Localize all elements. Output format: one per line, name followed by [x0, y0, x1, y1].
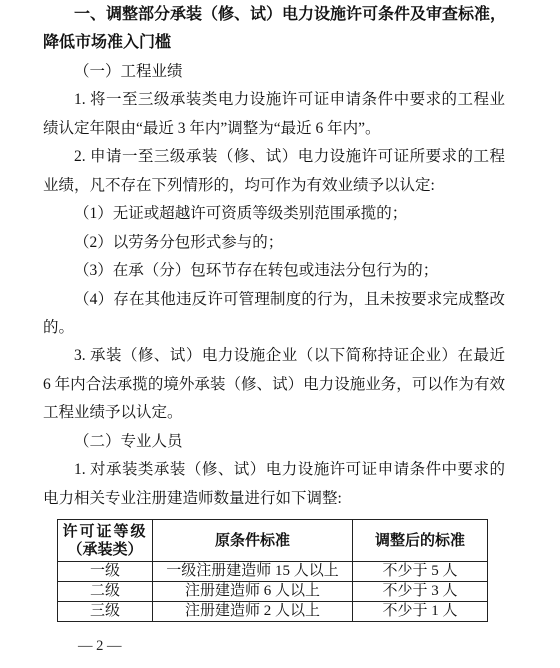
section-1-para-1-line-2: 绩认定年限由“最近 3 年内”调整为“最近 6 年内”。	[43, 115, 505, 143]
grade-cell: 二级	[58, 582, 153, 602]
section-1-list-item-2: （2）以劳务分包形式参与的；	[43, 229, 505, 257]
grade-cell: 一级	[58, 562, 153, 582]
table-header-license-grade-line-2: （承装类）	[58, 541, 152, 559]
table-header-original-standard: 原条件标准	[153, 520, 353, 562]
section-2-para-1-line-1: 1. 对承装类承装（修、试）电力设施许可证申请条件中要求的	[43, 456, 505, 484]
adjusted-standard-cell: 不少于 1 人	[353, 602, 488, 622]
section-1-list-item-3: （3）在承（分）包环节存在转包或违法分包行为的；	[43, 257, 505, 285]
document-title-line-1: 一、调整部分承装（修、试）电力设施许可条件及审查标准，	[43, 1, 505, 29]
table-header-adjusted-standard: 调整后的标准	[353, 520, 488, 562]
section-1-heading: （一）工程业绩	[43, 58, 505, 86]
section-1-para-1-line-1: 1. 将一至三级承装类电力设施许可证申请条件中要求的工程业	[43, 86, 505, 114]
table-header-row: 许可证等级 （承装类） 原条件标准 调整后的标准	[58, 520, 488, 562]
section-1-list-item-1: （1）无证或超越许可资质等级类别范围承揽的；	[43, 200, 505, 228]
section-1-para-2-line-2: 业绩，凡不存在下列情形的，均可作为有效业绩予以认定:	[43, 172, 505, 200]
table-row-grade-2: 二级 注册建造师 6 人以上 不少于 3 人	[58, 582, 488, 602]
section-1-list-item-4-line-1: （4）存在其他违反许可管理制度的行为，且未按要求完成整改	[43, 286, 505, 314]
adjusted-standard-cell: 不少于 5 人	[353, 562, 488, 582]
original-standard-cell: 注册建造师 6 人以上	[153, 582, 353, 602]
section-1-list-item-4-line-2: 的。	[43, 314, 505, 342]
page-number: — 2 —	[43, 638, 505, 654]
section-1-para-3-line-2: 6 年内合法承揽的境外承装（修、试）电力设施业务，可以作为有效	[43, 371, 505, 399]
table-row-grade-1: 一级 一级注册建造师 15 人以上 不少于 5 人	[58, 562, 488, 582]
license-requirements-table: 许可证等级 （承装类） 原条件标准 调整后的标准 一级 一级注册建造师 15 人…	[57, 519, 488, 622]
section-2-para-1-line-2: 电力相关专业注册建造师数量进行如下调整:	[43, 485, 505, 513]
document-title-line-2: 降低市场准入门槛	[43, 29, 505, 57]
section-1-para-3-line-1: 3. 承装（修、试）电力设施企业（以下简称持证企业）在最近	[43, 342, 505, 370]
adjusted-standard-cell: 不少于 3 人	[353, 582, 488, 602]
original-standard-cell: 一级注册建造师 15 人以上	[153, 562, 353, 582]
section-1-para-2-line-1: 2. 申请一至三级承装（修、试）电力设施许可证所要求的工程	[43, 143, 505, 171]
section-1-para-3-line-3: 工程业绩予以认定。	[43, 399, 505, 427]
section-2-heading: （二）专业人员	[43, 428, 505, 456]
document-page: 一、调整部分承装（修、试）电力设施许可条件及审查标准， 降低市场准入门槛 （一）…	[0, 0, 560, 668]
table-header-license-grade-line-1: 许可证等级	[58, 523, 152, 541]
table-row-grade-3: 三级 注册建造师 2 人以上 不少于 1 人	[58, 602, 488, 622]
table-header-license-grade: 许可证等级 （承装类）	[58, 520, 153, 562]
original-standard-cell: 注册建造师 2 人以上	[153, 602, 353, 622]
grade-cell: 三级	[58, 602, 153, 622]
